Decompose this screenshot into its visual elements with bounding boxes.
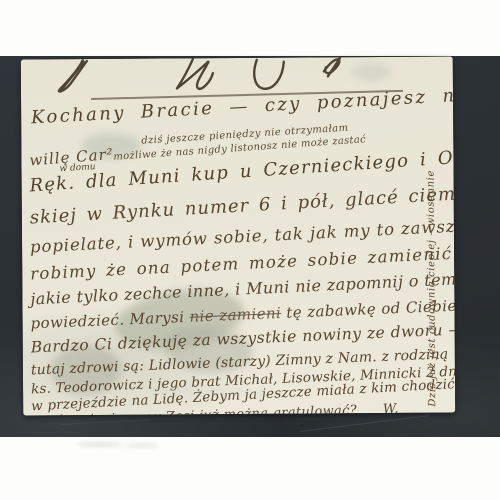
struck-out-word: nie zamieni	[189, 304, 281, 326]
photo-of-postcard: Kochany Bracie — czy poznajesz naszą dzi…	[0, 56, 500, 437]
faint-photo-watermark: Zumipbeuyong	[151, 383, 361, 398]
table-crease	[300, 415, 429, 432]
border-smudge	[126, 443, 158, 448]
border-smudge	[78, 442, 122, 447]
signature-initial: W.	[383, 403, 399, 416]
vertical-margin-note: Dziś już jest cudownie cieplej – wiosenn…	[425, 77, 438, 407]
handwritten-postcard: Kochany Bracie — czy poznajesz naszą dzi…	[21, 56, 455, 415]
table-crease	[60, 419, 150, 425]
